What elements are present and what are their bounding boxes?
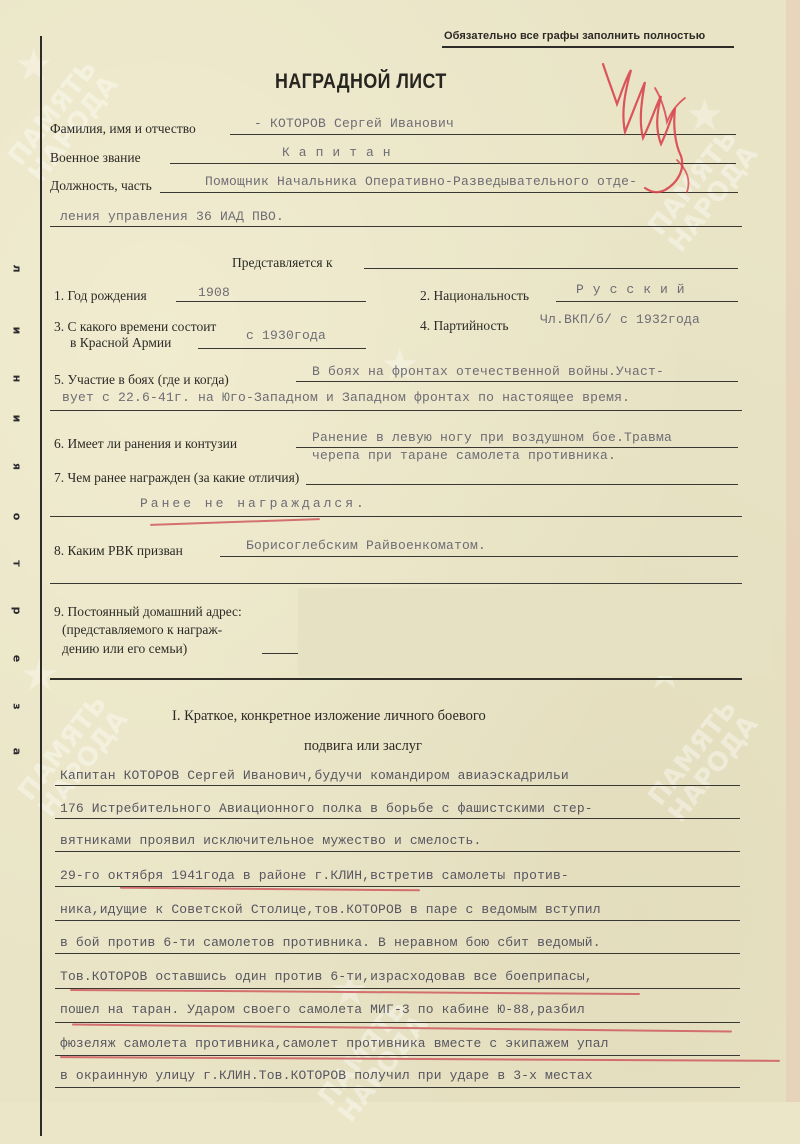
rvk-rule — [220, 556, 738, 557]
narrative-rule — [55, 886, 740, 887]
address-rule-short — [262, 653, 298, 654]
nominated-for-rule — [364, 268, 738, 269]
address-label-line2: (представляемого к награж- — [62, 622, 222, 638]
prev-awards-label: 7. Чем ранее награжден (за какие отличия… — [54, 470, 299, 486]
margin-cut-letter: л — [11, 262, 24, 276]
battles-value-line1: В боях на фронтах отечественной войны.Уч… — [312, 364, 664, 379]
narrative-rule — [55, 1087, 740, 1088]
birth-year-label: 1. Год рождения — [54, 288, 147, 304]
birth-year-value: 1908 — [198, 285, 230, 300]
battles-label: 5. Участие в боях (где и когда) — [54, 372, 229, 388]
nationality-value: Русский — [576, 282, 694, 297]
nominated-for-label: Представляется к — [232, 255, 333, 271]
red-pencil-underline — [120, 887, 420, 892]
rank-value: Капитан — [282, 145, 400, 160]
narrative-rule — [55, 785, 740, 786]
rank-rule — [170, 163, 736, 164]
wounds-label: 6. Имеет ли ранения и контузии — [54, 436, 237, 452]
section-heading-line2: подвига или заслуг — [304, 738, 422, 755]
margin-cut-letter: р — [11, 604, 24, 618]
address-rule — [50, 678, 742, 680]
rvk-rule-2 — [50, 583, 742, 584]
red-pencil-underline — [60, 1056, 780, 1062]
narrative-line: фюзеляж самолета противника,самолет прот… — [60, 1036, 609, 1051]
rvk-label: 8. Каким РВК призван — [54, 543, 183, 559]
instruction-note-rule — [442, 46, 734, 48]
army-since-label: 3. С какого времени состоит — [54, 319, 216, 335]
narrative-line: пошел на таран. Ударом своего самолета М… — [60, 1002, 585, 1017]
wounds-value-line1: Ранение в левую ногу при воздушном бое.Т… — [312, 430, 672, 445]
narrative-line: в бой против 6-ти самолетов противника. … — [60, 935, 601, 950]
position-value-line1: Помощник Начальника Оперативно-Разведыва… — [205, 174, 637, 189]
instruction-note: Обязательно все графы заполнить полность… — [444, 30, 705, 42]
margin-cut-letter: о — [11, 510, 24, 524]
margin-cut-letter: и — [11, 324, 24, 338]
narrative-rule — [55, 1022, 740, 1023]
prev-awards-rule-1 — [306, 484, 738, 485]
position-value-line2: ления управления 36 ИАД ПВО. — [60, 209, 284, 224]
address-label: 9. Постоянный домашний адрес: — [54, 604, 242, 620]
narrative-rule — [55, 920, 740, 921]
red-pencil-underline — [72, 1024, 732, 1033]
margin-cut-letter: я — [11, 460, 24, 474]
wounds-value-line2: черепа при таране самолета противника. — [312, 448, 616, 463]
position-rule-2 — [50, 226, 742, 227]
narrative-line: 29-го октября 1941года в районе г.КЛИН,в… — [60, 868, 569, 883]
narrative-rule — [55, 851, 740, 852]
army-since-label-line2: в Красной Армии — [70, 335, 171, 351]
fio-value: - КОТОРОВ Сергей Иванович — [254, 116, 454, 131]
narrative-rule — [55, 818, 740, 819]
watermark: ПАМЯТЬНАРОДА — [644, 125, 763, 257]
margin-cut-letter: з — [11, 700, 24, 714]
narrative-rule — [55, 1055, 740, 1056]
fio-label: Фамилия, имя и отчество — [50, 121, 196, 137]
page-edge-bottom — [0, 1102, 800, 1144]
margin-cut-letter: а — [11, 745, 24, 759]
narrative-line: ника,идущие к Советской Столице,тов.КОТО… — [60, 902, 601, 917]
army-since-value: с 1930года — [246, 328, 326, 343]
star-watermark-icon: ★ — [14, 40, 53, 91]
section-heading: I. Краткое, конкретное изложение личного… — [172, 708, 486, 725]
narrative-line: Капитан КОТОРОВ Сергей Иванович,будучи к… — [60, 768, 569, 783]
prev-awards-rule-2 — [50, 516, 742, 517]
battles-value-line2: вует с 22.6-41г. на Юго-Западном и Запад… — [62, 390, 630, 405]
margin-cut-line — [40, 36, 42, 1136]
address-label-line3: дению или его семьи) — [62, 641, 187, 657]
margin-cut-letter: е — [11, 652, 24, 666]
prev-awards-value: Ранее не награждался. — [140, 496, 367, 511]
nationality-rule — [556, 301, 738, 302]
narrative-rule — [55, 953, 740, 954]
narrative-line: в окраинную улицу г.КЛИН.Тов.КОТОРОВ пол… — [60, 1068, 593, 1083]
battles-rule-1 — [296, 381, 738, 382]
red-pencil-underline — [150, 518, 320, 526]
narrative-rule — [55, 988, 740, 989]
party-value: Чл.ВКП/б/ с 1932года — [540, 312, 700, 327]
watermark: ПАМЯТЬНАРОДА — [644, 695, 763, 827]
battles-rule-2 — [50, 410, 742, 411]
army-since-rule — [198, 348, 366, 349]
award-sheet-page: ★ ПАМЯТЬНАРОДА ★ ПАМЯТЬНАРОДА ★ ★ ПАМЯТЬ… — [0, 0, 800, 1144]
rank-label: Военное звание — [50, 150, 141, 166]
margin-cut-letter: н — [11, 372, 24, 386]
redacted-address-area — [298, 588, 770, 676]
page-edge-right — [786, 0, 800, 1144]
fio-rule — [230, 134, 736, 135]
margin-cut-letter: т — [11, 557, 24, 571]
party-label: 4. Партийность — [420, 318, 509, 334]
nationality-label: 2. Национальность — [420, 288, 529, 304]
narrative-line: 176 Истребительного Авиационного полка в… — [60, 801, 593, 816]
document-title: НАГРАДНОЙ ЛИСТ — [275, 70, 447, 94]
red-pencil-underline — [70, 989, 640, 995]
narrative-line: вятниками проявил исключительное мужеств… — [60, 833, 481, 848]
margin-cut-letter: и — [11, 412, 24, 426]
birth-year-rule — [176, 301, 366, 302]
position-label: Должность, часть — [50, 178, 152, 194]
narrative-line: Тов.КОТОРОВ оставшись один против 6-ти,и… — [60, 969, 593, 984]
rvk-value: Борисоглебским Райвоенкоматом. — [246, 538, 486, 553]
position-rule-1 — [160, 192, 738, 193]
